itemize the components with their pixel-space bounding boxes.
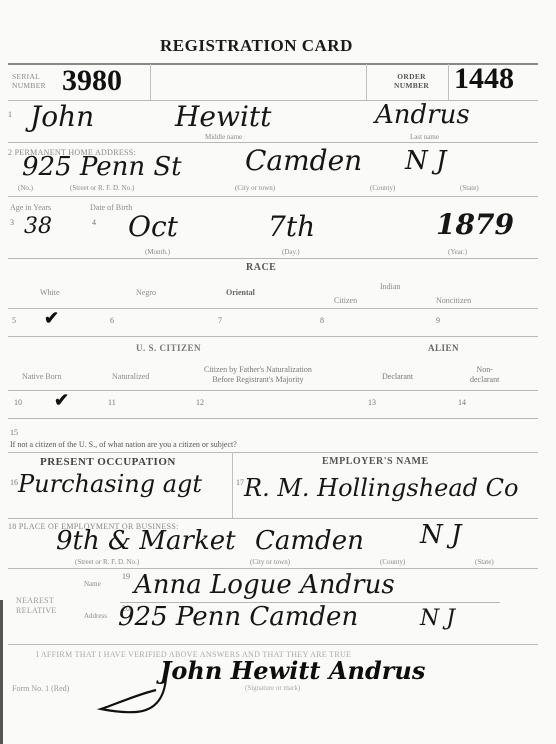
home-sub-label-county: (County) bbox=[370, 184, 395, 192]
birth-year: 1879 bbox=[436, 208, 514, 241]
race-col-oriental: Oriental bbox=[226, 288, 255, 297]
occupation-value: Purchasing agt bbox=[18, 470, 202, 498]
age-label: Age in Years bbox=[10, 203, 51, 212]
birth-day: 7th bbox=[268, 210, 315, 243]
name-rule bbox=[8, 142, 538, 143]
home-street: 925 Penn St bbox=[22, 152, 182, 182]
form-number-label: Form No. 1 (Red) bbox=[12, 684, 69, 693]
citizen-col-fathers-line1: Citizen by Father's Naturalization bbox=[204, 365, 312, 375]
citizen-col-native: Native Born bbox=[22, 372, 61, 381]
year-sub-label: (Year.) bbox=[448, 248, 467, 256]
occupation-heading: PRESENT OCCUPATION bbox=[40, 456, 176, 468]
citizen-col-fathers: Citizen by Father's Naturalization Befor… bbox=[204, 365, 312, 385]
occupation-field-number: 16 bbox=[10, 478, 18, 487]
dob-label: Date of Birth bbox=[90, 203, 132, 212]
address-rule bbox=[8, 196, 538, 197]
serial-number: 3980 bbox=[62, 64, 122, 98]
name-field-number: 1 bbox=[8, 110, 12, 119]
alien-col-nondeclarant: Non- declarant bbox=[470, 365, 499, 385]
citizen-col-naturalized: Naturalized bbox=[112, 372, 149, 381]
month-sub-label: (Month.) bbox=[145, 248, 170, 256]
home-sub-label-state: (State) bbox=[460, 184, 479, 192]
relative-state: N J bbox=[420, 606, 455, 631]
relative-address: 925 Penn Camden bbox=[118, 602, 358, 632]
serial-divider bbox=[150, 64, 151, 100]
race-field-8: 8 bbox=[320, 316, 324, 325]
employment-sub-label-county: (County) bbox=[380, 558, 405, 566]
last-name: Andrus bbox=[375, 100, 470, 130]
order-number-divider bbox=[448, 64, 449, 100]
alien-col-nondeclarant-line1: Non- bbox=[470, 365, 499, 375]
employer-value: R. M. Hollingshead Co bbox=[244, 474, 518, 502]
relative-name-field-number: 19 bbox=[122, 572, 130, 581]
serial-label-line2: NUMBER bbox=[12, 81, 46, 90]
race-col-negro: Negro bbox=[136, 288, 156, 297]
serial-label: SERIAL NUMBER bbox=[12, 72, 46, 90]
citizen-header-rule bbox=[8, 390, 538, 391]
race-col-noncitizen: Noncitizen bbox=[436, 296, 471, 305]
relative-address-label: Address bbox=[84, 612, 107, 620]
employment-sub-label-street: (Street or R. F. D. No.) bbox=[75, 558, 139, 566]
relative-rule bbox=[8, 644, 538, 645]
serial-label-line1: SERIAL bbox=[12, 72, 46, 81]
nation-rule bbox=[8, 452, 538, 453]
last-name-label: Last name bbox=[410, 133, 439, 141]
us-citizen-heading: U. S. CITIZEN bbox=[136, 343, 201, 353]
age-field-number: 3 bbox=[10, 218, 14, 227]
order-label-line1: ORDER bbox=[394, 72, 429, 81]
relative-name-label: Name bbox=[84, 580, 101, 588]
race-white-checkmark: ✔ bbox=[44, 308, 59, 329]
alien-heading: ALIEN bbox=[428, 343, 459, 353]
order-divider bbox=[366, 64, 367, 100]
race-col-citizen: Citizen bbox=[334, 296, 357, 305]
employment-state: N J bbox=[420, 520, 461, 550]
birth-rule bbox=[8, 258, 538, 259]
order-label-line2: NUMBER bbox=[394, 81, 429, 90]
race-header-rule bbox=[8, 308, 538, 309]
alien-col-declarant: Declarant bbox=[382, 372, 413, 381]
employment-city: Camden bbox=[255, 526, 364, 556]
registration-card: REGISTRATION CARD SERIAL NUMBER 3980 ORD… bbox=[0, 0, 556, 744]
nearest-relative-label-line1: NEAREST bbox=[16, 596, 57, 606]
age-value: 38 bbox=[24, 214, 52, 239]
nearest-relative-label-line2: RELATIVE bbox=[16, 606, 57, 616]
employment-rule bbox=[8, 568, 538, 569]
registrant-signature: John Hewitt Andrus bbox=[160, 656, 425, 685]
citizen-field-10: 10 bbox=[14, 398, 22, 407]
day-sub-label: (Day.) bbox=[282, 248, 300, 256]
alien-col-nondeclarant-line2: declarant bbox=[470, 375, 499, 385]
order-label: ORDER NUMBER bbox=[394, 72, 429, 90]
citizen-col-fathers-line2: Before Registrant's Majority bbox=[204, 375, 312, 385]
citizen-field-13: 13 bbox=[368, 398, 376, 407]
employer-field-number: 17 bbox=[236, 478, 244, 487]
employer-heading: EMPLOYER'S NAME bbox=[322, 456, 429, 467]
race-field-6: 6 bbox=[110, 316, 114, 325]
home-sub-label-street: (Street or R. F. D. No.) bbox=[70, 184, 134, 192]
signature-flourish-icon bbox=[96, 660, 176, 720]
middle-name: Hewitt bbox=[175, 100, 271, 133]
order-number: 1448 bbox=[454, 62, 514, 96]
nation-field-number: 15 bbox=[10, 428, 18, 437]
birth-month: Oct bbox=[128, 210, 178, 243]
occupation-divider bbox=[232, 452, 233, 518]
race-indian-label: Indian bbox=[380, 282, 400, 291]
citizen-field-12: 12 bbox=[196, 398, 204, 407]
race-rule bbox=[8, 336, 538, 337]
first-name: John bbox=[30, 100, 94, 133]
home-state: N J bbox=[405, 146, 446, 176]
race-field-9: 9 bbox=[436, 316, 440, 325]
middle-name-label: Middle name bbox=[205, 133, 242, 141]
citizen-rule bbox=[8, 418, 538, 419]
relative-name: Anna Logue Andrus bbox=[134, 570, 395, 600]
nearest-relative-label: NEAREST RELATIVE bbox=[16, 596, 57, 616]
employment-sub-label-state: (State) bbox=[475, 558, 494, 566]
race-col-white: White bbox=[40, 288, 60, 297]
occupation-rule bbox=[8, 518, 538, 519]
citizen-field-14: 14 bbox=[458, 398, 466, 407]
employment-sub-label-city: (City or town) bbox=[250, 558, 290, 566]
native-born-checkmark: ✔ bbox=[54, 390, 69, 411]
race-field-5: 5 bbox=[12, 316, 16, 325]
nation-question: If not a citizen of the U. S., of what n… bbox=[10, 440, 237, 449]
dob-field-number: 4 bbox=[92, 218, 96, 227]
home-city: Camden bbox=[245, 144, 362, 177]
signature-caption: (Signature or mark) bbox=[245, 684, 300, 692]
home-sub-label-no: (No.) bbox=[18, 184, 33, 192]
card-title: REGISTRATION CARD bbox=[160, 36, 353, 56]
home-sub-label-city: (City or town) bbox=[235, 184, 275, 192]
employment-street: 9th & Market bbox=[56, 526, 236, 556]
citizen-field-11: 11 bbox=[108, 398, 116, 407]
race-heading: RACE bbox=[246, 262, 276, 273]
race-field-7: 7 bbox=[218, 316, 222, 325]
card-edge bbox=[0, 600, 3, 744]
